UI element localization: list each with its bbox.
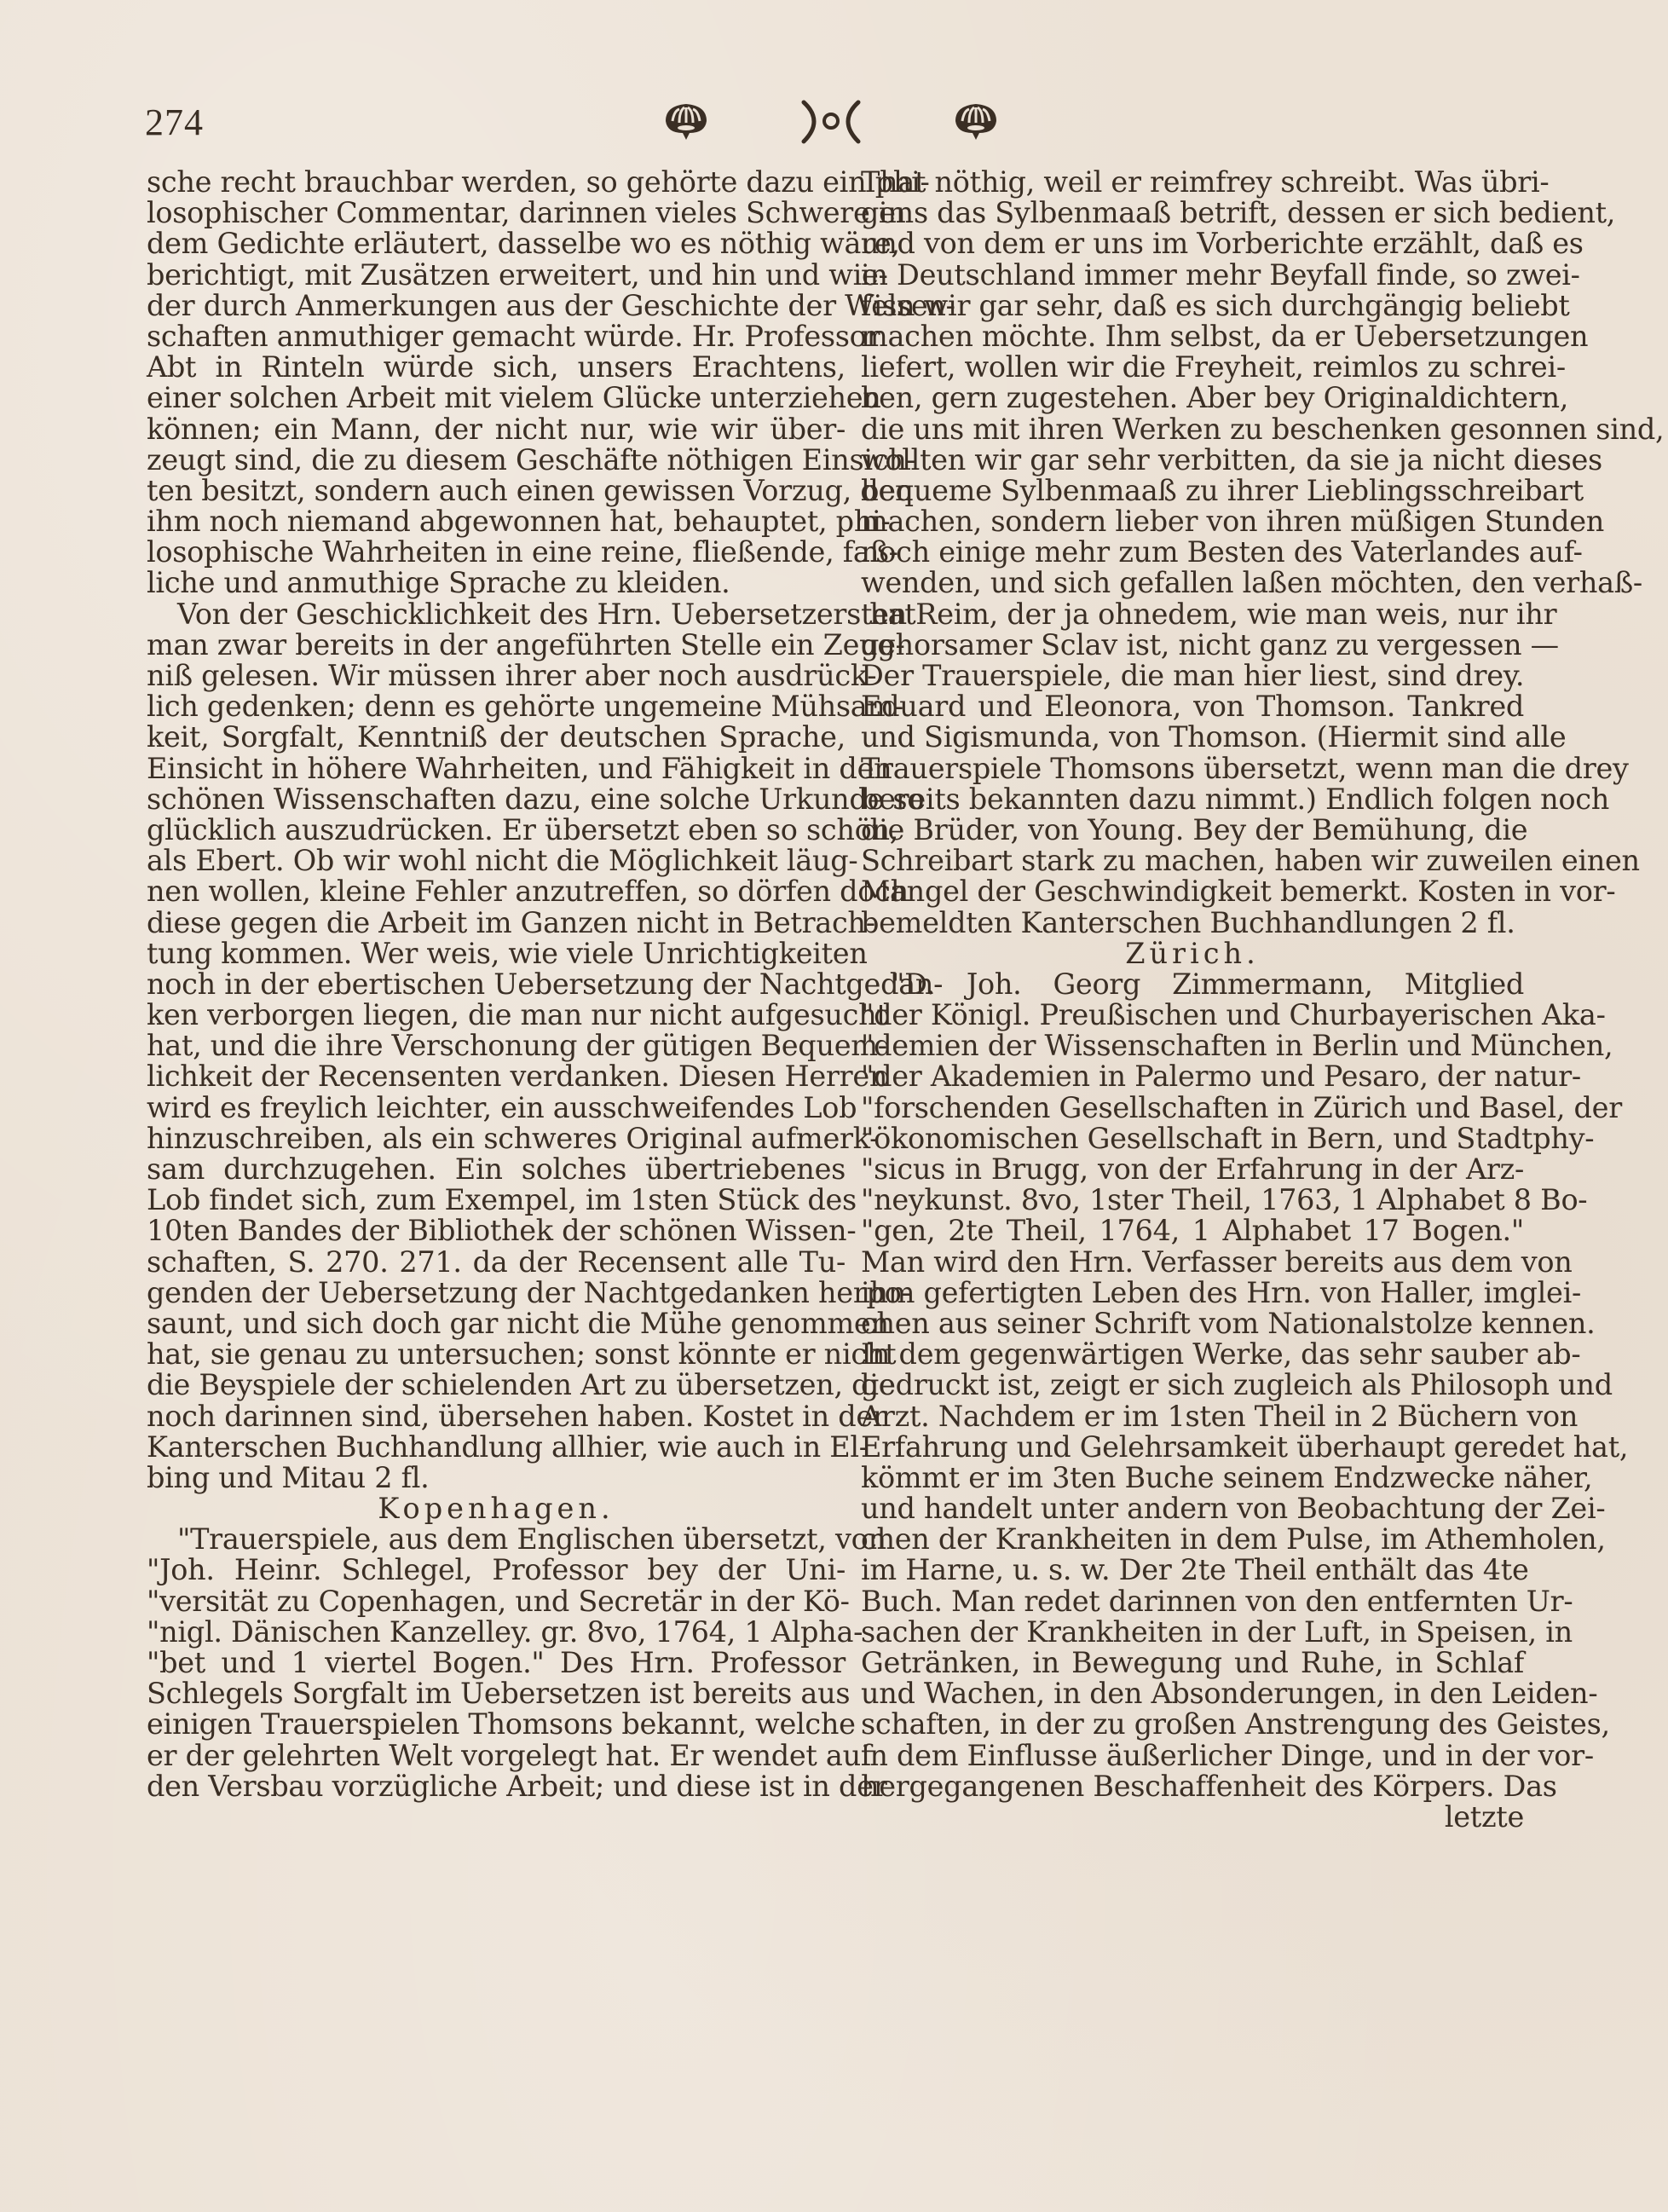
text-line: ten Reim, der ja ohnedem, wie man weis, … [861, 599, 1524, 630]
text-line: ken verborgen liegen, die man nur nicht … [147, 1000, 846, 1031]
text-line: In dem gegenwärtigen Werke, das sehr sau… [861, 1339, 1524, 1370]
text-line: Man wird den Hrn. Verfasser bereits aus … [861, 1247, 1524, 1278]
text-line: und handelt unter andern von Beobachtung… [861, 1493, 1524, 1524]
text-line: Buch. Man redet darinnen von den entfern… [861, 1586, 1524, 1617]
text-line: sam durchzugehen. Ein solches übertriebe… [147, 1154, 846, 1185]
text-line: liefert, wollen wir die Freyheit, reimlo… [861, 352, 1524, 383]
text-line: dem Gedichte erläutert, dasselbe wo es n… [147, 228, 846, 259]
text-line: schönen Wissenschaften dazu, eine solche… [147, 784, 846, 815]
text-line: Getränken, in Bewegung und Ruhe, in Schl… [861, 1648, 1524, 1678]
text-line: feln wir gar sehr, daß es sich durchgäng… [861, 291, 1524, 321]
text-line: Schlegels Sorgfalt im Uebersetzen ist be… [147, 1678, 846, 1709]
crescent-circle-ornament-icon [797, 97, 865, 145]
text-line: Arzt. Nachdem er im 1sten Theil in 2 Büc… [861, 1401, 1524, 1432]
text-line: chen der Krankheiten in dem Pulse, im At… [861, 1524, 1524, 1555]
text-line: können; ein Mann, der nicht nur, wie wir… [147, 414, 846, 445]
text-line: Der Trauerspiele, die man hier liest, si… [861, 661, 1524, 691]
text-line: losophische Wahrheiten in eine reine, fl… [147, 537, 846, 568]
text-line: lich gedenken; denn es gehörte ungemeine… [147, 691, 846, 722]
text-line: im Harne, u. s. w. Der 2te Theil enthält… [861, 1555, 1524, 1585]
text-line: Schreibart stark zu machen, haben wir zu… [861, 846, 1524, 876]
text-line: bing und Mitau 2 fl. [147, 1463, 846, 1493]
text-line: noch darinnen sind, übersehen haben. Kos… [147, 1401, 846, 1432]
text-line: er der gelehrten Welt vorgelegt hat. Er … [147, 1741, 846, 1771]
text-line: den Versbau vorzügliche Arbeit; und dies… [147, 1771, 846, 1802]
shell-ornament-right-icon [950, 99, 1001, 143]
text-line: der durch Anmerkungen aus der Geschichte… [147, 291, 846, 321]
text-line: bereits bekannten dazu nimmt.) Endlich f… [861, 784, 1524, 815]
text-line: hinzuschreiben, als ein schweres Origina… [147, 1123, 846, 1154]
text-line: That nöthig, weil er reimfrey schreibt. … [861, 167, 1524, 198]
text-line: "sicus in Brugg, von der Erfahrung in de… [861, 1154, 1524, 1185]
text-line: "der Akademien in Palermo und Pesaro, de… [861, 1061, 1524, 1092]
text-line: und von dem er uns im Vorberichte erzähl… [861, 228, 1524, 259]
text-line: saunt, und sich doch gar nicht die Mühe … [147, 1308, 846, 1339]
text-line: keit, Sorgfalt, Kenntniß der deutschen S… [147, 722, 846, 753]
text-line: gehorsamer Sclav ist, nicht ganz zu verg… [861, 630, 1524, 661]
text-line: noch einige mehr zum Besten des Vaterlan… [861, 537, 1524, 568]
text-line: "der Königl. Preußischen und Churbayeris… [861, 1000, 1524, 1031]
text-line: lichkeit der Recensenten verdanken. Dies… [147, 1061, 846, 1092]
text-line: und Wachen, in den Absonderungen, in den… [861, 1678, 1524, 1709]
text-line: "neykunst. 8vo, 1ster Theil, 1763, 1 Alp… [861, 1185, 1524, 1216]
text-line: "Joh. Heinr. Schlegel, Professor bey der… [147, 1555, 846, 1585]
text-line: 10ten Bandes der Bibliothek der schönen … [147, 1216, 846, 1246]
text-line: kömmt er im 3ten Buche seinem Endzwecke … [861, 1463, 1524, 1493]
text-line: in dem Einflusse äußerlicher Dinge, und … [861, 1741, 1524, 1771]
text-line: Einsicht in höhere Wahrheiten, und Fähig… [147, 754, 846, 784]
text-line: chen aus seiner Schrift vom Nationalstol… [861, 1308, 1524, 1339]
text-line: Trauerspiele Thomsons übersetzt, wenn ma… [861, 754, 1524, 784]
text-line: machen, sondern lieber von ihren müßigen… [861, 506, 1524, 537]
text-line: hergegangenen Beschaffenheit des Körpers… [861, 1771, 1524, 1802]
header-ornament [661, 95, 1001, 147]
text-line: "forschenden Gesellschaften in Zürich un… [861, 1093, 1524, 1123]
text-line: in Deutschland immer mehr Beyfall finde,… [861, 260, 1524, 291]
text-line: gedruckt ist, zeigt er sich zugleich als… [861, 1370, 1524, 1401]
text-line: tung kommen. Wer weis, wie viele Unricht… [147, 939, 846, 969]
text-line: schaften, in der zu großen Anstrengung d… [861, 1709, 1524, 1740]
text-line: hat, sie genau zu untersuchen; sonst kön… [147, 1339, 846, 1370]
text-line: "versität zu Copenhagen, und Secretär in… [147, 1586, 846, 1617]
text-line: gens das Sylbenmaaß betrift, dessen er s… [861, 198, 1524, 228]
text-line: sche recht brauchbar werden, so gehörte … [147, 167, 846, 198]
text-line: einigen Trauerspielen Thomsons bekannt, … [147, 1709, 846, 1740]
text-line: wird es freylich leichter, ein ausschwei… [147, 1093, 846, 1123]
text-line: "bet und 1 viertel Bogen." Des Hrn. Prof… [147, 1648, 846, 1678]
text-line: bemeldten Kanterschen Buchhandlungen 2 f… [861, 908, 1524, 939]
section-heading: Zürich. [861, 939, 1524, 969]
right-text-column: That nöthig, weil er reimfrey schreibt. … [861, 167, 1524, 1833]
catchword: letzte [861, 1802, 1524, 1833]
text-line: liche und anmuthige Sprache zu kleiden. [147, 568, 846, 598]
page-number: 274 [145, 101, 204, 144]
text-line: diese gegen die Arbeit im Ganzen nicht i… [147, 908, 846, 939]
text-line: Eduard und Eleonora, von Thomson. Tankre… [861, 691, 1524, 722]
text-line: wenden, und sich gefallen laßen möchten,… [861, 568, 1524, 598]
text-line: genden der Uebersetzung der Nachtgedanke… [147, 1278, 846, 1308]
text-line: ben, gern zugestehen. Aber bey Originald… [861, 383, 1524, 413]
text-line: als Ebert. Ob wir wohl nicht die Möglich… [147, 846, 846, 876]
text-line: losophischer Commentar, darinnen vieles … [147, 198, 846, 228]
text-line: "nigl. Dänischen Kanzelley. gr. 8vo, 176… [147, 1617, 846, 1648]
text-line: machen möchte. Ihm selbst, da er Ueberse… [861, 321, 1524, 352]
text-line: ten besitzt, sondern auch einen gewissen… [147, 476, 846, 506]
text-line: hat, und die ihre Verschonung der gütige… [147, 1031, 846, 1061]
text-line: Erfahrung und Gelehrsamkeit überhaupt ge… [861, 1432, 1524, 1463]
text-line: "D. Joh. Georg Zimmermann, Mitglied [861, 969, 1524, 1000]
text-line: ihm gefertigten Leben des Hrn. von Halle… [861, 1278, 1524, 1308]
text-line: Abt in Rinteln würde sich, unsers Eracht… [147, 352, 846, 383]
text-line: "gen, 2te Theil, 1764, 1 Alphabet 17 Bog… [861, 1216, 1524, 1246]
text-line: glücklich auszudrücken. Er übersetzt ebe… [147, 815, 846, 846]
text-line: man zwar bereits in der angeführten Stel… [147, 630, 846, 661]
text-line: noch in der ebertischen Uebersetzung der… [147, 969, 846, 1000]
text-line: und Sigismunda, von Thomson. (Hiermit si… [861, 722, 1524, 753]
text-line: berichtigt, mit Zusätzen erweitert, und … [147, 260, 846, 291]
text-line: "Trauerspiele, aus dem Englischen überse… [147, 1524, 846, 1555]
text-line: niß gelesen. Wir müssen ihrer aber noch … [147, 661, 846, 691]
text-line: Von der Geschicklichkeit des Hrn. Uebers… [147, 599, 846, 630]
text-line: ihm noch niemand abgewonnen hat, behaupt… [147, 506, 846, 537]
text-line: schaften, S. 270. 271. da der Recensent … [147, 1247, 846, 1278]
left-text-column: sche recht brauchbar werden, so gehörte … [147, 167, 846, 1802]
text-line: sachen der Krankheiten in der Luft, in S… [861, 1617, 1524, 1648]
text-line: einer solchen Arbeit mit vielem Glücke u… [147, 383, 846, 413]
text-line: Kanterschen Buchhandlung allhier, wie au… [147, 1432, 846, 1463]
text-line: zeugt sind, die zu diesem Geschäfte nöth… [147, 445, 846, 476]
text-line: "demien der Wissenschaften in Berlin und… [861, 1031, 1524, 1061]
text-line: "ökonomischen Gesellschaft in Bern, und … [861, 1123, 1524, 1154]
text-line: bequeme Sylbenmaaß zu ihrer Lieblingssch… [861, 476, 1524, 506]
text-line: Lob findet sich, zum Exempel, im 1sten S… [147, 1185, 846, 1216]
section-heading: Kopenhagen. [147, 1493, 846, 1524]
text-line: nen wollen, kleine Fehler anzutreffen, s… [147, 876, 846, 907]
text-line: wollten wir gar sehr verbitten, da sie j… [861, 445, 1524, 476]
text-line: die Beyspiele der schielenden Art zu übe… [147, 1370, 846, 1401]
shell-ornament-left-icon [661, 99, 712, 143]
text-line: Mangel der Geschwindigkeit bemerkt. Kost… [861, 876, 1524, 907]
text-line: schaften anmuthiger gemacht würde. Hr. P… [147, 321, 846, 352]
text-line: die Brüder, von Young. Bey der Bemühung,… [861, 815, 1524, 846]
text-line: die uns mit ihren Werken zu beschenken g… [861, 414, 1524, 445]
